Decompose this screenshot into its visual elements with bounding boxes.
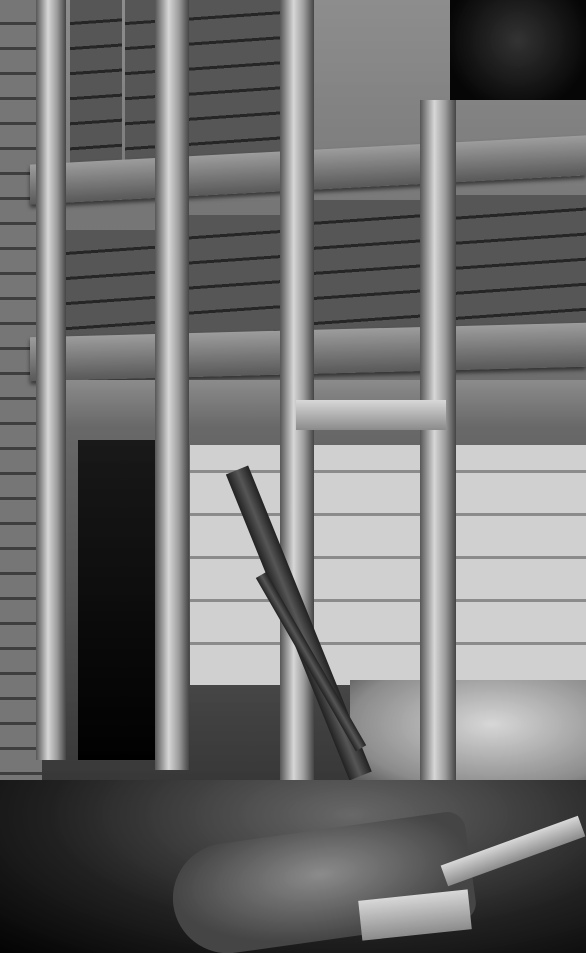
timber-post	[420, 100, 456, 790]
timber-post	[36, 0, 66, 760]
door-lintel-plank	[296, 400, 446, 430]
timber-post	[155, 0, 189, 770]
middle-panel	[310, 200, 422, 335]
middle-panel	[180, 215, 282, 350]
upper-dark-window	[450, 0, 586, 100]
photograph	[0, 0, 586, 953]
upper-panel	[70, 0, 122, 170]
lit-floor-area	[350, 680, 586, 790]
middle-panel	[450, 195, 586, 330]
upper-panel	[125, 0, 285, 160]
dark-doorway	[78, 440, 158, 760]
